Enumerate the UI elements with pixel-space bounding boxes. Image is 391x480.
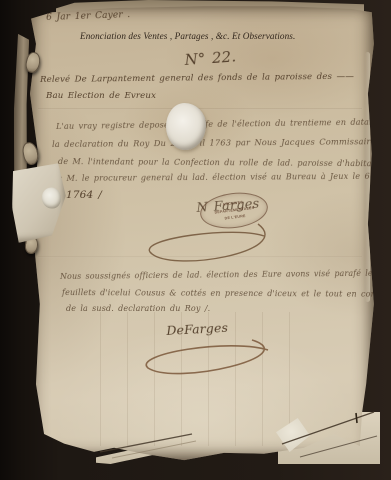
- title-line-1: Relevé De Larpantement general des fonds…: [40, 72, 354, 85]
- printed-header: Enonciation des Ventes , Partages , &c. …: [80, 31, 295, 41]
- certificate1-line: de M. le procureur general du lad. élect…: [52, 171, 391, 183]
- manuscript-photo: 6 Jar 1er Cayer . Enonciation des Ventes…: [0, 0, 391, 480]
- archival-note: 6 Jar 1er Cayer .: [46, 10, 130, 23]
- certificate1-line: L'au vray registre deposé au greffe de l…: [56, 116, 391, 131]
- archive-stamp-line1: ARCHIVES: [223, 200, 244, 206]
- archive-stamp-line2: DÉPARTEMENTALES: [214, 206, 254, 214]
- flap-seal-blob: [41, 187, 61, 209]
- certificate1-line: de M. l'intendant pour la Confection du …: [58, 156, 388, 168]
- faint-column-rules: [100, 312, 300, 446]
- archive-stamp: ARCHIVES DÉPARTEMENTALES DE L'EURE: [198, 189, 270, 232]
- manuscript-page: 6 Jar 1er Cayer . Enonciation des Ventes…: [24, 4, 376, 462]
- certificate2-line: feuillets d'icelui Cousus & cottés en pr…: [62, 288, 391, 299]
- archive-stamp-line3: DE L'EURE: [224, 214, 245, 220]
- title-line-2: Bau Election de Evreux: [46, 91, 156, 101]
- folio-number: N° 22.: [184, 47, 237, 69]
- paper-crease: [38, 256, 362, 258]
- certificate2-line: Nous soussignés officiers de lad. électi…: [60, 268, 391, 281]
- certificate1-date: 1764 /: [66, 189, 102, 201]
- certificate1-line: la declaration du Roy Du 20 avril 1763 p…: [52, 136, 376, 149]
